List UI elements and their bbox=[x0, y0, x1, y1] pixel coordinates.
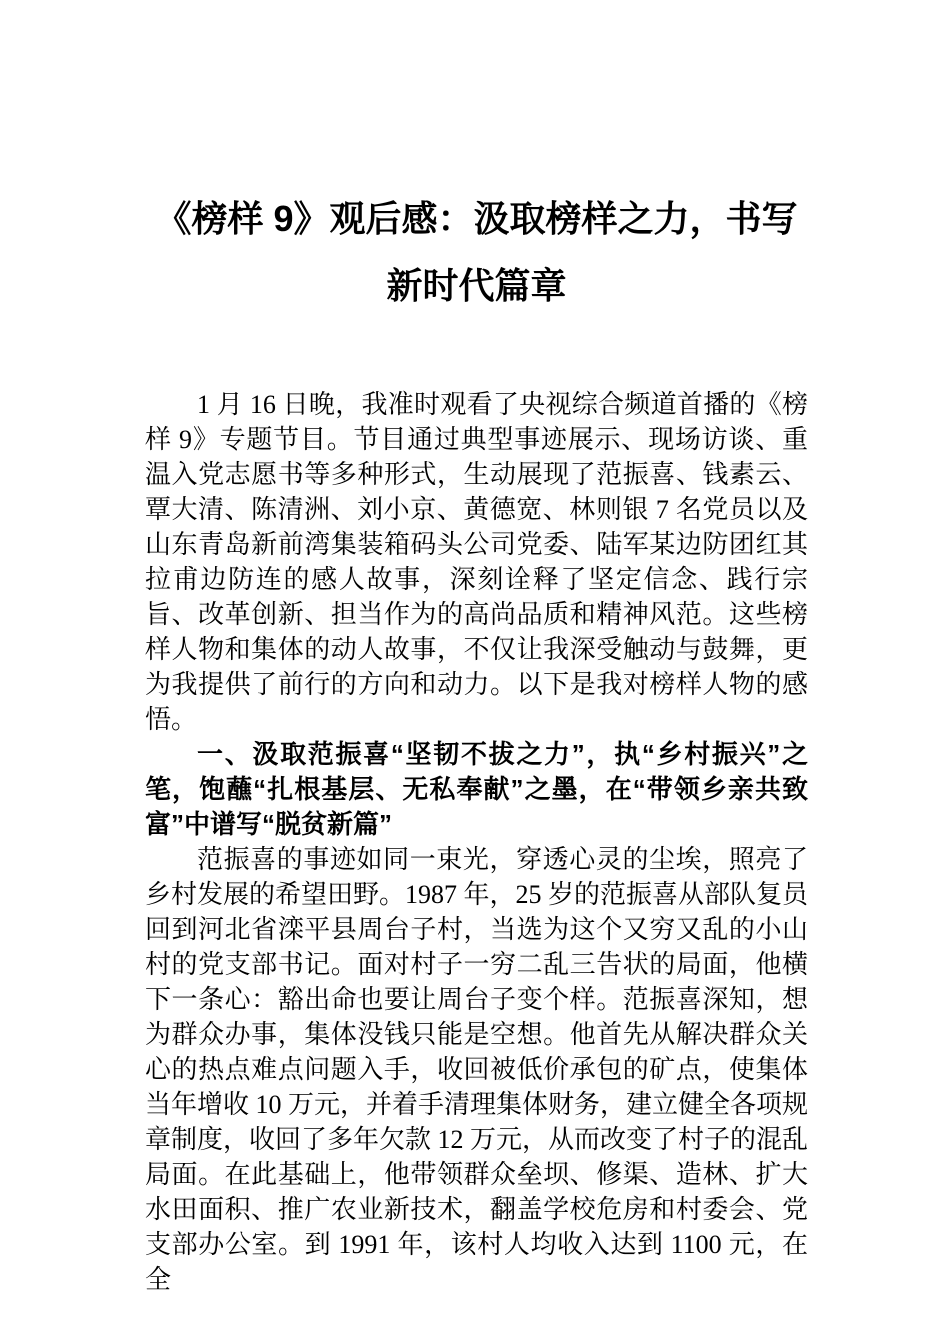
body-paragraph: 1 月 16 日晚，我准时观看了央视综合频道首播的《榜样 9》专题节目。节目通过… bbox=[145, 387, 808, 737]
section-heading: 一、汲取范振喜“坚韧不拔之力”，执“乡村振兴”之笔，饱蘸“扎根基层、无私奉献”之… bbox=[145, 737, 808, 842]
document-page: 《榜样 9》观后感：汲取榜样之力，书写新时代篇章 1 月 16 日晚，我准时观看… bbox=[0, 0, 950, 1344]
document-title: 《榜样 9》观后感：汲取榜样之力，书写新时代篇章 bbox=[145, 185, 808, 319]
body-paragraph: 范振喜的事迹如同一束光，穿透心灵的尘埃，照亮了乡村发展的希望田野。1987 年，… bbox=[145, 842, 808, 1297]
document-body: 1 月 16 日晚，我准时观看了央视综合频道首播的《榜样 9》专题节目。节目通过… bbox=[145, 387, 808, 1297]
document-content: 《榜样 9》观后感：汲取榜样之力，书写新时代篇章 1 月 16 日晚，我准时观看… bbox=[145, 185, 808, 1297]
